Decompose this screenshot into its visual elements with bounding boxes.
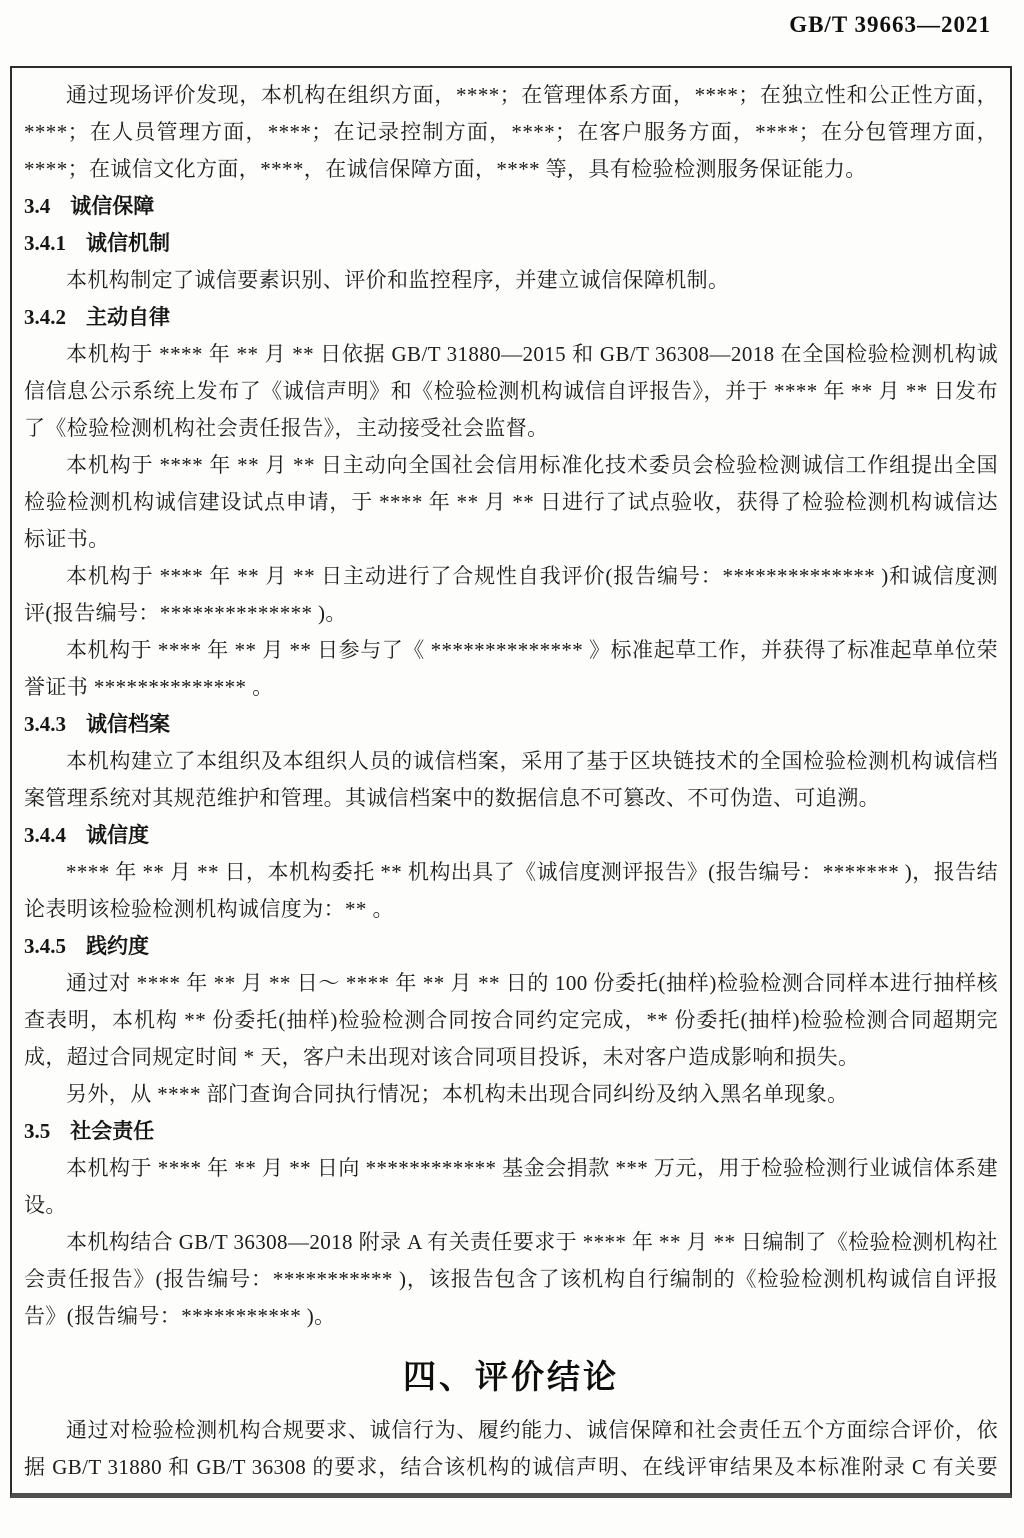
content-box: 通过现场评价发现，本机构在组织方面，****；在管理体系方面，****；在独立性… (10, 66, 1012, 1498)
doc-number: GB/T 39663—2021 (789, 12, 991, 38)
body-paragraph: 通过现场评价发现，本机构在组织方面，****；在管理体系方面，****；在独立性… (24, 77, 998, 188)
clause-heading: 3.5社会责任 (24, 1113, 998, 1150)
body-paragraph: 通过对 **** 年 ** 月 ** 日～ **** 年 ** 月 ** 日的 … (24, 965, 998, 1076)
clause-heading: 3.4.3诚信档案 (24, 706, 998, 743)
document-page: GB/T 39663—2021 通过现场评价发现，本机构在组织方面，****；在… (0, 0, 1024, 1538)
clause-title: 诚信档案 (86, 713, 170, 736)
section-title: 四、评价结论 (24, 1351, 998, 1398)
content-blocks: 通过现场评价发现，本机构在组织方面，****；在管理体系方面，****；在独立性… (24, 77, 998, 1498)
body-paragraph: **** 年 ** 月 ** 日，本机构委托 ** 机构出具了《诚信度测评报告》… (24, 854, 998, 928)
clause-title: 诚信保障 (70, 195, 154, 218)
clause-number: 3.5 (24, 1119, 50, 1143)
body-paragraph: 本机构于 **** 年 ** 月 ** 日向 ************ 基金会捐… (24, 1150, 998, 1224)
body-paragraph: 本机构于 **** 年 ** 月 ** 日主动进行了合规性自我评价(报告编号：*… (24, 558, 998, 632)
clause-number: 3.4.2 (24, 305, 66, 329)
body-paragraph: 通过对检验检测机构合规要求、诚信行为、履约能力、诚信保障和社会责任五个方面综合评… (24, 1412, 998, 1498)
clause-number: 3.4.5 (24, 934, 66, 958)
clause-title: 社会责任 (70, 1120, 154, 1143)
clause-number: 3.4.3 (24, 712, 66, 736)
body-paragraph: 本机构于 **** 年 ** 月 ** 日参与了《 **************… (24, 632, 998, 706)
body-paragraph: 本机构建立了本组织及本组织人员的诚信档案，采用了基于区块链技术的全国检验检测机构… (24, 743, 998, 817)
clause-heading: 3.4.1诚信机制 (24, 225, 998, 262)
body-paragraph: 本机构于 **** 年 ** 月 ** 日主动向全国社会信用标准化技术委员会检验… (24, 447, 998, 558)
clause-title: 诚信机制 (86, 232, 170, 255)
clause-title: 主动自律 (86, 306, 170, 329)
clause-heading: 3.4.5践约度 (24, 928, 998, 965)
clause-number: 3.4.1 (24, 231, 66, 255)
clause-title: 践约度 (86, 935, 149, 958)
body-paragraph: 另外，从 **** 部门查询合同执行情况；本机构未出现合同纠纷及纳入黑名单现象。 (24, 1076, 998, 1113)
body-paragraph: 本机构结合 GB/T 36308—2018 附录 A 有关责任要求于 **** … (24, 1224, 998, 1335)
clause-heading: 3.4.4诚信度 (24, 817, 998, 854)
clause-heading: 3.4诚信保障 (24, 188, 998, 225)
clause-number: 3.4.4 (24, 823, 66, 847)
clause-heading: 3.4.2主动自律 (24, 299, 998, 336)
body-paragraph: 本机构制定了诚信要素识别、评价和监控程序，并建立诚信保障机制。 (24, 262, 998, 299)
clause-number: 3.4 (24, 194, 50, 218)
clause-title: 诚信度 (86, 824, 149, 847)
body-paragraph: 本机构于 **** 年 ** 月 ** 日依据 GB/T 31880—2015 … (24, 336, 998, 447)
